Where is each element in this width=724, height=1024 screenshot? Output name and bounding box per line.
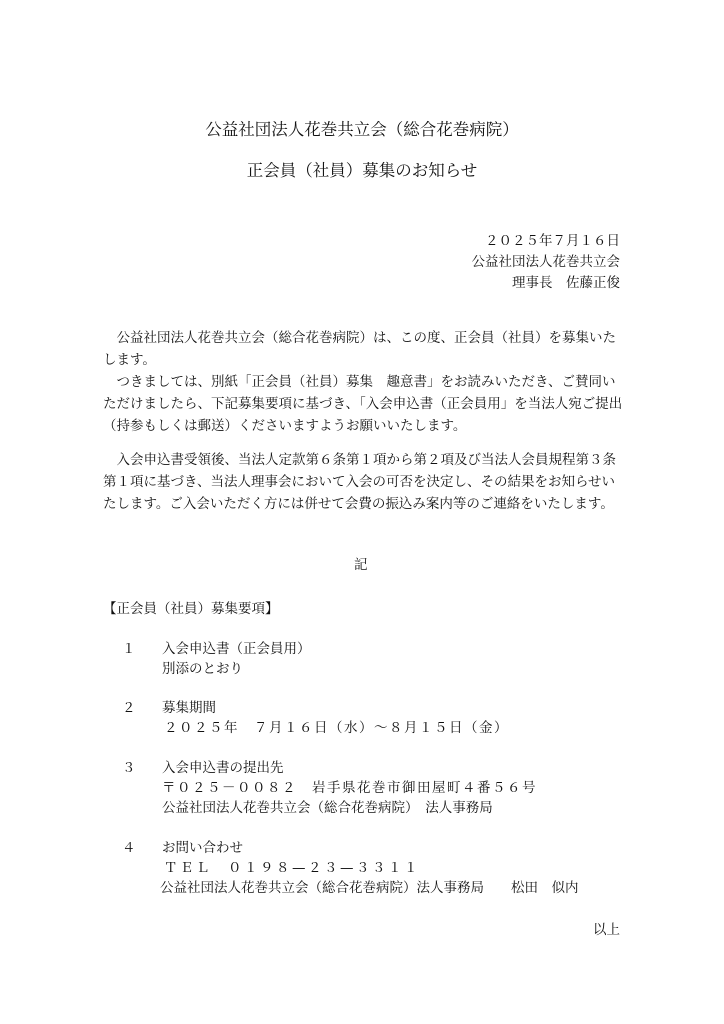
- item-label: 募集期間: [162, 700, 216, 716]
- item-1-label: １入会申込書（正会員用）: [122, 637, 311, 657]
- item-2-detail: ２０２５年 ７月１６日（水）～８月１５日（金）: [164, 716, 509, 736]
- item-3-address: 〒０２５－００８２ 岩手県花巻市御田屋町４番５６号: [162, 776, 537, 796]
- item-label: 入会申込書（正会員用）: [162, 641, 311, 657]
- paragraph-text: 入会申込書受領後、当法人定款第６条第１項から第２項及び当法人会員規程第３条第１項…: [103, 449, 623, 516]
- item-label: 入会申込書の提出先: [162, 760, 284, 776]
- item-3-office: 公益社団法人花巻共立会（総合花巻病院） 法人事務局: [162, 796, 493, 816]
- paragraph-text: 公益社団法人花巻共立会（総合花巻病院）は、この度、正会員（社員）を募集いたします…: [103, 327, 623, 371]
- body-paragraph-3: 入会申込書受領後、当法人定款第６条第１項から第２項及び当法人会員規程第３条第１項…: [103, 449, 623, 516]
- item-1-detail: 別添のとおり: [162, 657, 243, 677]
- date: ２０２５年７月１６日: [485, 229, 620, 249]
- closing: 以上: [593, 918, 620, 938]
- item-4-label: ４お問い合わせ: [122, 836, 243, 856]
- item-number: ４: [122, 836, 162, 856]
- item-label: お問い合わせ: [162, 840, 243, 856]
- item-4-phone: ＴＥＬ ０１９８—２３—３３１１: [164, 856, 420, 876]
- ki-marker: 記: [354, 553, 368, 573]
- item-number: ３: [122, 756, 162, 776]
- organization-heading: 公益社団法人花巻共立会（総合花巻病院）: [0, 116, 724, 140]
- page-title: 正会員（社員）募集のお知らせ: [0, 157, 724, 181]
- body-paragraph-2: つきましては、別紙「正会員（社員）募集 趣意書」をお読みいただき、ご賛同いただけ…: [103, 371, 623, 438]
- item-3-label: ３入会申込書の提出先: [122, 756, 284, 776]
- signatory: 理事長 佐藤正俊: [512, 271, 620, 291]
- issuer: 公益社団法人花巻共立会: [472, 250, 621, 270]
- item-number: ２: [122, 696, 162, 716]
- body-paragraph-1: 公益社団法人花巻共立会（総合花巻病院）は、この度、正会員（社員）を募集いたします…: [103, 327, 623, 371]
- item-2-label: ２募集期間: [122, 696, 216, 716]
- section-heading: 【正会員（社員）募集要項】: [103, 597, 279, 617]
- paragraph-text: つきましては、別紙「正会員（社員）募集 趣意書」をお読みいただき、ご賛同いただけ…: [103, 371, 623, 438]
- item-number: １: [122, 637, 162, 657]
- item-4-contact: 公益社団法人花巻共立会（総合花巻病院）法人事務局 松田 似内: [160, 876, 579, 896]
